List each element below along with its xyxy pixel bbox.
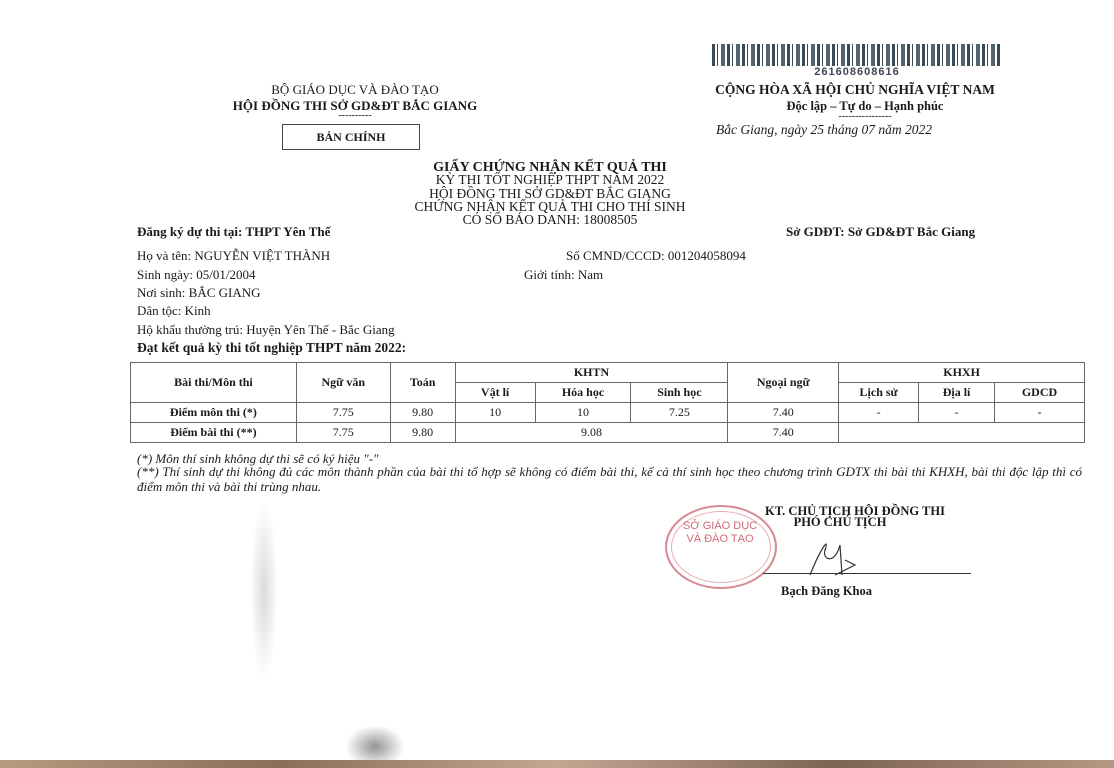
exam-score-literature: 7.75 — [296, 423, 390, 443]
score-math: 9.80 — [390, 403, 455, 423]
header-civics: GDCD — [995, 383, 1085, 403]
signer-name: Bạch Đăng Khoa — [781, 584, 872, 599]
candidate-residence: Hộ khẩu thường trú: Huyện Yên Thế - Bắc … — [137, 322, 395, 338]
score-geography: - — [919, 403, 995, 423]
header-literature: Ngữ văn — [296, 363, 390, 403]
result-heading: Đạt kết quả kỳ thi tốt nghiệp THPT năm 2… — [137, 340, 406, 356]
candidate-ethnicity: Dân tộc: Kinh — [137, 303, 211, 319]
scan-edge — [0, 760, 1114, 768]
header-history: Lịch sử — [839, 383, 919, 403]
table-row-subject-scores: Điểm môn thi (*) 7.75 9.80 10 10 7.25 7.… — [131, 403, 1085, 423]
row-label: Điểm môn thi (*) — [131, 403, 297, 423]
score-chemistry: 10 — [535, 403, 631, 423]
exam-score-math: 9.80 — [390, 423, 455, 443]
signature-line — [763, 573, 971, 574]
candidate-name: Họ và tên: NGUYỄN VIỆT THÀNH — [137, 248, 330, 264]
table-row-exam-scores: Điểm bài thi (**) 7.75 9.80 9.08 7.40 — [131, 423, 1085, 443]
original-copy-label: BẢN CHÍNH — [282, 124, 420, 150]
header-subject: Bài thi/Môn thi — [131, 363, 297, 403]
handwritten-signature — [800, 530, 870, 585]
header-math: Toán — [390, 363, 455, 403]
header-physics: Vật lí — [455, 383, 535, 403]
score-history: - — [839, 403, 919, 423]
place-and-date: Bắc Giang, ngày 25 tháng 07 năm 2022 — [716, 122, 1096, 138]
country-name: CỘNG HÒA XÃ HỘI CHỦ NGHĨA VIỆT NAM — [620, 82, 1090, 98]
exam-score-foreign-language: 7.40 — [728, 423, 839, 443]
header-khxh: KHXH — [839, 363, 1085, 383]
note-combined-exam: (**) Thí sinh dự thi không đủ các môn th… — [137, 464, 1082, 494]
ministry-name: BỘ GIÁO DỤC VÀ ĐÀO TẠO — [190, 82, 520, 98]
exam-name: KỲ THI TỐT NGHIỆP THPT NĂM 2022 — [300, 173, 800, 187]
exam-score-khtn: 9.08 — [455, 423, 728, 443]
left-separator: ---------- — [300, 110, 410, 121]
candidate-dob: Sinh ngày: 05/01/2004 — [137, 267, 255, 283]
candidate-birthplace: Nơi sinh: BẮC GIANG — [137, 285, 261, 301]
exam-score-khxh — [839, 423, 1085, 443]
score-biology: 7.25 — [631, 403, 728, 423]
header-geography: Địa lí — [919, 383, 995, 403]
header-foreign-language: Ngoại ngữ — [728, 363, 839, 403]
right-separator: ---------------- — [800, 111, 930, 122]
score-physics: 10 — [455, 403, 535, 423]
header-khtn: KHTN — [455, 363, 728, 383]
scan-smudge — [250, 500, 278, 680]
header-biology: Sinh học — [631, 383, 728, 403]
signatory-position: PHÓ CHỦ TỊCH — [740, 515, 940, 530]
candidate-id-number: Số CMND/CCCD: 001204058094 — [566, 248, 746, 264]
department: Sở GDĐT: Sở GD&ĐT Bắc Giang — [786, 224, 975, 240]
candidate-number: CÓ SỐ BÁO DANH: 18008505 — [300, 213, 800, 227]
score-table: Bài thi/Môn thi Ngữ văn Toán KHTN Ngoại … — [130, 362, 1085, 443]
exam-site: Đăng ký dự thi tại: THPT Yên Thế — [137, 224, 330, 240]
barcode — [712, 44, 1002, 66]
score-literature: 7.75 — [296, 403, 390, 423]
score-foreign-language: 7.40 — [728, 403, 839, 423]
score-civics: - — [995, 403, 1085, 423]
barcode-number: 261608608616 — [712, 66, 1002, 78]
header-chemistry: Hóa học — [535, 383, 631, 403]
row-label: Điểm bài thi (**) — [131, 423, 297, 443]
candidate-gender: Giới tính: Nam — [524, 267, 603, 283]
